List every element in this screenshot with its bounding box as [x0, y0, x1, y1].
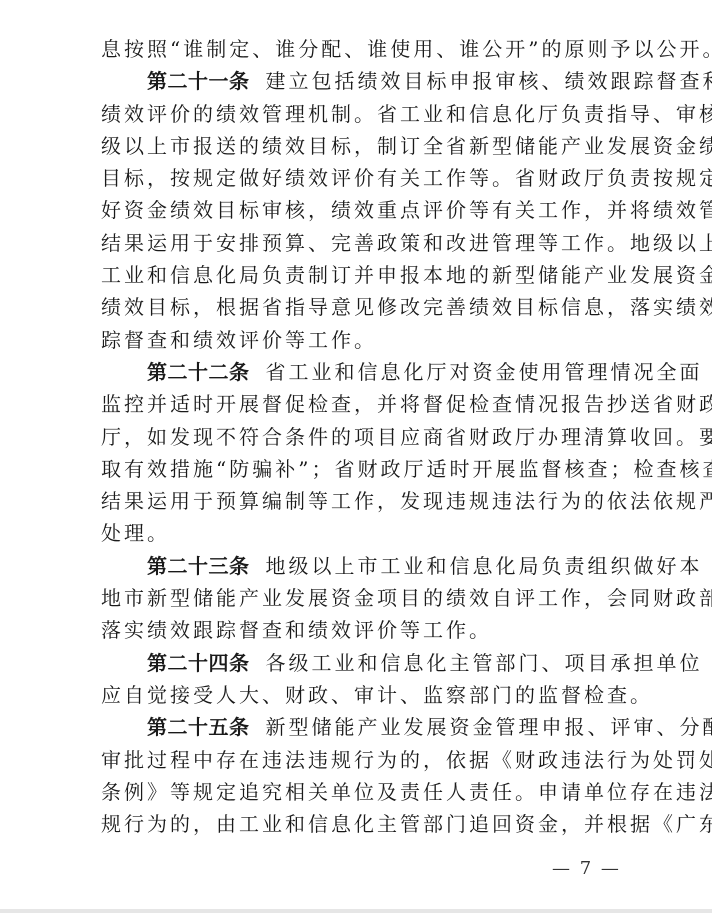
article-text: 新型储能产业发展资金管理申报、评审、分配、	[266, 715, 712, 739]
text-line: 绩效评价的绩效管理机制。省工业和信息化厅负责指导、审核地	[101, 98, 613, 130]
article-23-line: 第二十三条地级以上市工业和信息化局负责组织做好本	[101, 550, 613, 582]
article-21-line: 第二十一条建立包括绩效目标申报审核、绩效跟踪督查和	[101, 65, 613, 97]
text-line: 息按照“谁制定、谁分配、谁使用、谁公开”的原则予以公开。	[101, 33, 613, 65]
page-number: — 7 —	[552, 858, 621, 879]
text-line: 级以上市报送的绩效目标，制订全省新型储能产业发展资金绩效	[101, 130, 613, 162]
article-22-line: 第二十二条省工业和信息化厅对资金使用管理情况全面	[101, 356, 613, 388]
text-line: 踪督查和绩效评价等工作。	[101, 324, 613, 356]
text-line: 工业和信息化局负责制订并申报本地的新型储能产业发展资金	[101, 259, 613, 291]
article-text: 各级工业和信息化主管部门、项目承担单位	[266, 651, 703, 675]
text-line: 取有效措施“防骗补”；省财政厅适时开展监督核查；检查核查	[101, 453, 613, 485]
article-number: 第二十三条	[147, 554, 250, 578]
article-number: 第二十二条	[147, 360, 250, 384]
article-number: 第二十一条	[147, 69, 250, 93]
page-bottom-edge	[0, 909, 712, 913]
text-line: 条例》等规定追究相关单位及责任人责任。申请单位存在违法违	[101, 776, 613, 808]
text-line: 处理。	[101, 517, 613, 549]
article-text: 地级以上市工业和信息化局负责组织做好本	[266, 554, 703, 578]
text-line: 结果运用于预算编制等工作，发现违规违法行为的依法依规严肃	[101, 485, 613, 517]
text-line: 结果运用于安排预算、完善政策和改进管理等工作。地级以上市	[101, 227, 613, 259]
text-line: 应自觉接受人大、财政、审计、监察部门的监督检查。	[101, 679, 613, 711]
text-line: 好资金绩效目标审核，绩效重点评价等有关工作，并将绩效管理	[101, 194, 613, 226]
text-line: 地市新型储能产业发展资金项目的绩效自评工作，会同财政部门	[101, 582, 613, 614]
text-line: 规行为的，由工业和信息化主管部门追回资金，并根据《广东省	[101, 808, 613, 840]
article-text: 建立包括绩效目标申报审核、绩效跟踪督查和	[266, 69, 712, 93]
text-line: 审批过程中存在违法违规行为的，依据《财政违法行为处罚处分	[101, 744, 613, 776]
document-body: 息按照“谁制定、谁分配、谁使用、谁公开”的原则予以公开。 第二十一条建立包括绩效…	[101, 33, 613, 840]
text-line: 监控并适时开展督促检查，并将督促检查情况报告抄送省财政	[101, 388, 613, 420]
article-24-line: 第二十四条各级工业和信息化主管部门、项目承担单位	[101, 647, 613, 679]
document-page: 息按照“谁制定、谁分配、谁使用、谁公开”的原则予以公开。 第二十一条建立包括绩效…	[0, 0, 712, 909]
article-number: 第二十四条	[147, 651, 250, 675]
article-25-line: 第二十五条新型储能产业发展资金管理申报、评审、分配、	[101, 711, 613, 743]
text-line: 厅，如发现不符合条件的项目应商省财政厅办理清算收回。要采	[101, 421, 613, 453]
text-line: 绩效目标，根据省指导意见修改完善绩效目标信息，落实绩效跟	[101, 291, 613, 323]
article-number: 第二十五条	[147, 715, 250, 739]
text-line: 目标，按规定做好绩效评价有关工作等。省财政厅负责按规定做	[101, 162, 613, 194]
text-line: 落实绩效跟踪督查和绩效评价等工作。	[101, 614, 613, 646]
article-text: 省工业和信息化厅对资金使用管理情况全面	[266, 360, 703, 384]
